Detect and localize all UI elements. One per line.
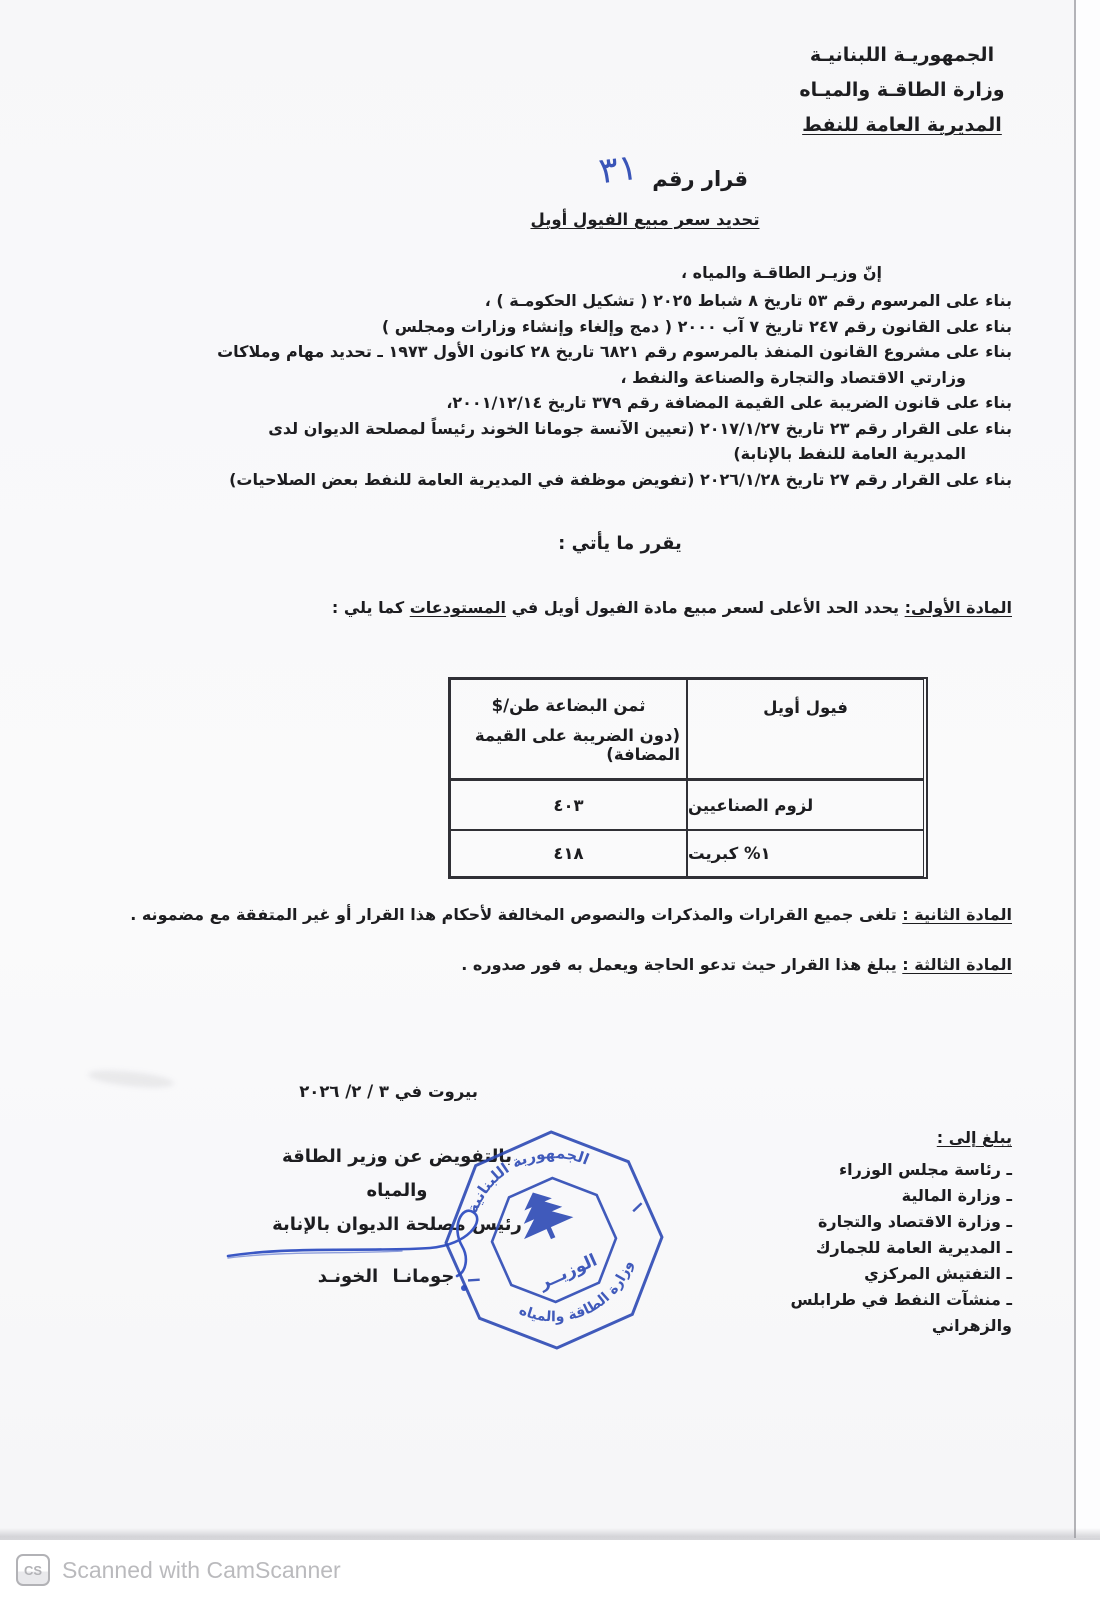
preamble-line: بناء على المرسوم رقم ٥٣ تاريخ ٨ شباط ٢٠٢… [272,288,1012,314]
article-1-highlight: المستودعات [410,598,506,617]
distribution-item: ـ المديرية العامة للجمارك [712,1235,1012,1261]
distribution-item: ـ منشآت النفط في طرابلس والزهراني [712,1287,1012,1339]
camscanner-watermark-text: Scanned with CamScanner [62,1557,341,1584]
preamble-line: بناء على القرار رقم ٢٧ تاريخ ٢٠٢٦/١/٢٨ (… [272,467,1012,493]
place-date-line: بيروت في ٣ / ٢/ ٢٠٢٦ [228,1082,478,1101]
distribution-item: ـ وزارة الاقتصاد والتجارة [712,1209,1012,1235]
preamble-line: بناء على القرار رقم ٢٣ تاريخ ٢٠١٧/١/٢٧ (… [272,416,1012,442]
article-2-label: المادة الثانية : [902,905,1012,924]
article-1-label: المادة الأولى: [905,598,1012,617]
preamble-line: المديرية العامة للنفط بالإنابة) [272,441,1012,467]
article-3-text: يبلغ هذا القرار حيث تدعو الحاجة ويعمل به… [461,955,902,974]
article-2: المادة الثانية : تلغى جميع القرارات والم… [130,905,1012,924]
article-1-tail: كما يلي : [332,598,410,617]
distribution-item: ـ التفتيش المركزي [712,1261,1012,1287]
price-header-line: ثمن البضاعة $/طن [492,696,646,715]
decree-subtitle: تحديد سعر مبيع الفيول أويل [505,210,785,229]
decree-title-row: قرار رقم ٣١ [600,158,748,199]
stamp-left-tick [468,1276,480,1284]
fuel-price-table: ثمن البضاعة $/طن (دون الضريبة على القيمة… [448,677,928,879]
decree-label: قرار رقم [652,167,748,191]
price-cell: ٤٠٣ [450,780,687,830]
stamp-right-tick [632,1203,644,1211]
decree-number-handwritten: ٣١ [596,147,639,192]
scan-edge-band [1076,0,1100,1538]
product-cell: ١% كبريت [687,830,924,877]
preamble-line: بناء على مشروع القانون المنفذ بالمرسوم ر… [272,339,1012,365]
article-3-label: المادة الثالثة : [902,955,1012,974]
article-1-text: يحدد الحد الأعلى لسعر مبيع مادة الفيول أ… [506,598,905,617]
price-column-header: ثمن البضاعة $/طن (دون الضريبة على القيمة… [450,679,687,780]
preamble-line: بناء على قانون الضريبة على القيمة المضاف… [272,390,1012,416]
product-column-header: فيول أويل [687,679,924,780]
decides-line: يقرر ما يأتي : [500,533,740,554]
article-1: المادة الأولى: يحدد الحد الأعلى لسعر مبي… [332,598,1012,617]
distribution-title: يبلغ إلى : [712,1128,1012,1147]
scan-smudge [88,1068,175,1091]
product-cell: لزوم الصناعيين [687,780,924,830]
letterhead-directorate: المديرية العامة للنفط [762,108,1042,143]
letterhead-ministry: وزارة الطاقـة والميـاه [762,73,1042,108]
camscanner-logo-icon: CS [16,1554,50,1586]
camscanner-footer: CS Scanned with CamScanner [0,1540,1100,1600]
article-2-text: تلغى جميع القرارات والمذكرات والنصوص الم… [130,905,902,924]
price-header-note: (دون الضريبة على القيمة المضافة) [457,726,680,764]
preamble-line: بناء على القانون رقم ٢٤٧ تاريخ ٧ آب ٢٠٠٠… [272,314,1012,340]
ministry-stamp: الجمهورية اللبنانية وزارة الطاقة والمياه… [432,1118,676,1362]
distribution-item: ـ رئاسة مجلس الوزراء [712,1157,1012,1183]
page-bottom-shadow [0,1528,1100,1540]
letterhead: الجمهوريـة اللبنانيـة وزارة الطاقـة والم… [762,38,1042,143]
scanned-decree-page: الجمهوريـة اللبنانيـة وزارة الطاقـة والم… [0,0,1100,1600]
preamble-line: وزارتي الاقتصاد والتجارة والصناعة والنفط… [272,365,1012,391]
article-3: المادة الثالثة : يبلغ هذا القرار حيث تدع… [461,955,1012,974]
distribution-list: يبلغ إلى : ـ رئاسة مجلس الوزراء ـ وزارة … [712,1128,1012,1339]
letterhead-republic: الجمهوريـة اللبنانيـة [762,38,1042,73]
price-cell: ٤١٨ [450,830,687,877]
product-cell-text: ١% كبريت [688,844,771,863]
scan-edge-line [1074,0,1076,1538]
price-header-unit: $/طن [492,696,540,715]
distribution-item: ـ وزارة المالية [712,1183,1012,1209]
preamble: إنّ وزيـر الطاقـة والمياه ، بناء على الم… [272,258,1012,492]
price-header-label: ثمن البضاعة [545,696,645,715]
preamble-line: إنّ وزيـر الطاقـة والمياه ، [272,258,1012,288]
